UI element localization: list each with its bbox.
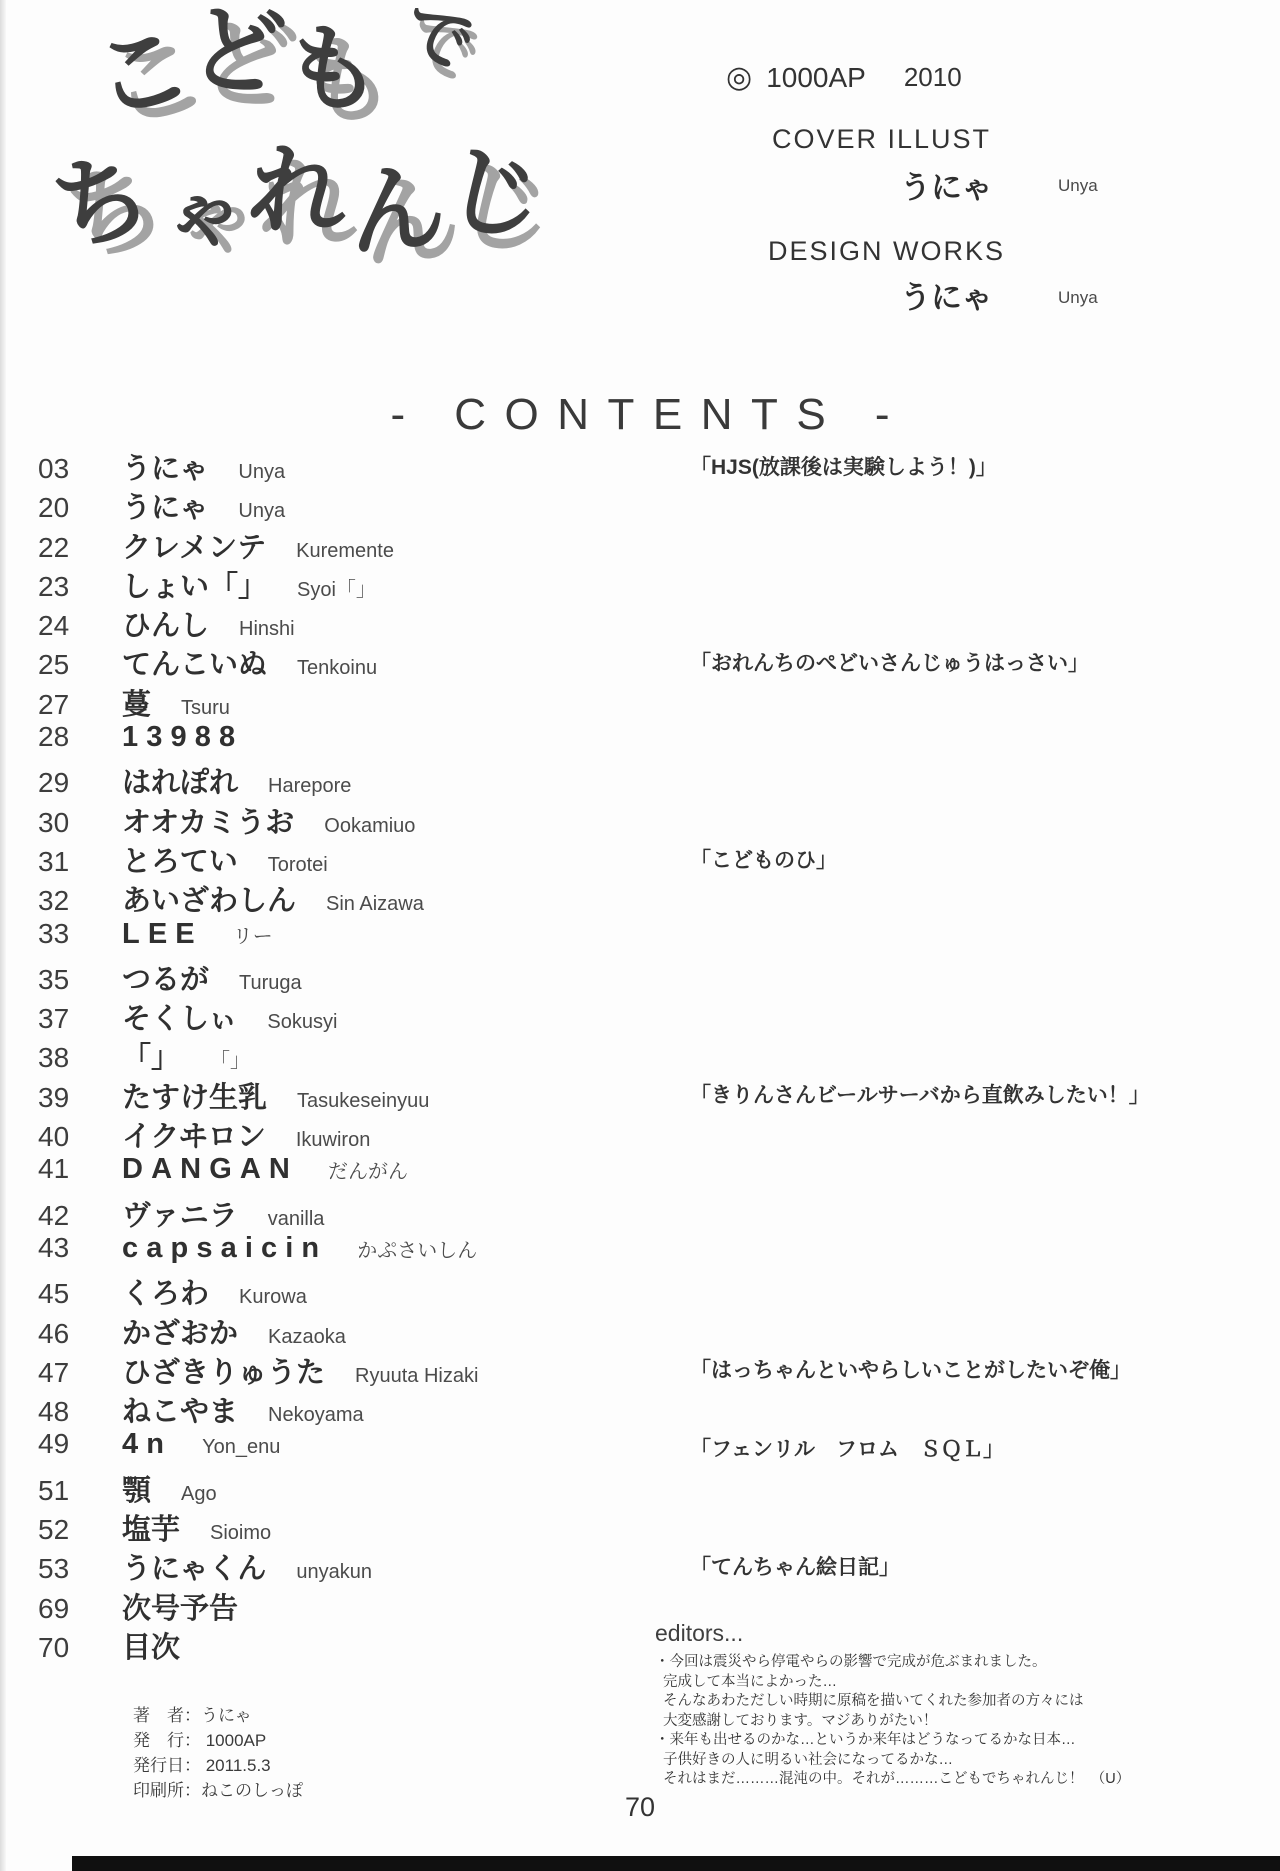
colophon-line: 発行日： 2011.5.3 (133, 1753, 303, 1778)
toc-page-number: 35 (38, 964, 102, 996)
toc-row: 32 あいざわしん Sin Aizawa (38, 878, 1280, 917)
page-number: 70 (0, 1792, 1280, 1823)
toc-work-title: 「こどものひ」 (690, 844, 837, 874)
toc-page-number: 45 (38, 1278, 102, 1310)
toc-author-romaji: Kuremente (296, 540, 394, 563)
editors-heading: editors... (655, 1620, 1255, 1647)
colophon-line: 著 者：うにゃ (133, 1703, 303, 1728)
toc-row: 30 オオカミうお Ookamiuo (38, 800, 1280, 839)
toc-author-name: そくしぃ (122, 996, 237, 1037)
toc-row: 31 とろてい Torotei 「こどものひ」 (38, 839, 1280, 878)
toc-author-romaji: Ryuuta Hizaki (355, 1365, 478, 1388)
toc-row: 41 DANGAN だんがん (38, 1153, 1280, 1192)
toc-page-number: 52 (38, 1514, 102, 1546)
toc-author-romaji: Hinshi (239, 618, 295, 641)
cover-illust-romaji: Unya (1058, 176, 1098, 196)
toc-author-name: オオカミうお (122, 800, 294, 841)
toc-author-name: かざおか (122, 1311, 238, 1352)
toc-row: 47 ひざきりゅうた Ryuuta Hizaki 「はっちゃんといやらしいことが… (38, 1350, 1280, 1389)
toc-author-romaji: リー (233, 920, 273, 949)
toc-row: 28 13988 (38, 721, 1280, 760)
cover-illust-name: うにゃ (900, 162, 992, 207)
colophon-line: 発 行： 1000AP (133, 1728, 303, 1753)
toc-page-number: 28 (38, 721, 102, 753)
cover-illust-label: COVER ILLUST (772, 124, 991, 155)
toc-author-romaji: Tenkoinu (297, 657, 377, 680)
design-works-name: うにゃ (900, 272, 992, 317)
toc-row: 49 4n Yon_enu 「フェンリル フロム ＳＱＬ」 (38, 1428, 1280, 1467)
toc-row: 25 てんこいぬ Tenkoinu 「おれんちのぺどいさんじゅうはっさい」 (38, 642, 1280, 681)
toc-page-number: 43 (38, 1232, 102, 1264)
toc-author-romaji: Syoi「」 (297, 573, 376, 602)
toc-page-number: 47 (38, 1357, 102, 1389)
toc-author-name: 蔓 (122, 682, 151, 723)
toc-row: 29 はれぽれ Harepore (38, 760, 1280, 799)
toc-author-name: クレメンテ (122, 525, 266, 566)
toc-author-name: たすけ生乳 (122, 1075, 267, 1116)
toc-author-name: 4n (122, 1428, 172, 1461)
design-works-romaji: Unya (1058, 288, 1098, 308)
toc-row: 03 うにゃ Unya 「HJS(放課後は実験しよう！)」 (38, 446, 1280, 485)
toc-row: 23 しょい「」 Syoi「」 (38, 564, 1280, 603)
toc-page-number: 33 (38, 918, 102, 950)
toc-row: 43 capsaicin かぷさいしん (38, 1232, 1280, 1271)
toc-author-name: ねこやま (122, 1389, 238, 1430)
toc-page-number: 37 (38, 1003, 102, 1035)
toc-row: 20 うにゃ Unya (38, 485, 1280, 524)
toc-author-romaji: Harepore (268, 775, 351, 798)
toc-page-number: 29 (38, 767, 102, 799)
toc-author-romaji: Tsuru (181, 697, 230, 720)
toc-work-title: 「フェンリル フロム ＳＱＬ」 (690, 1433, 1004, 1463)
toc-author-romaji: Tasukeseinyuu (297, 1090, 429, 1113)
design-works-label: DESIGN WORKS (768, 236, 1005, 267)
toc-author-romaji: Ago (181, 1483, 217, 1506)
contents-heading: - CONTENTS - (0, 390, 1280, 440)
toc-author-name: つるが (122, 957, 209, 998)
toc-row: 52 塩芋 Sioimo (38, 1507, 1280, 1546)
toc-author-name: 目次 (122, 1625, 180, 1666)
logo-line-1: こどもで (52, 6, 592, 126)
scan-edge-shadow (0, 0, 6, 1871)
toc-page-number: 70 (38, 1632, 102, 1664)
toc-row: 22 クレメンテ Kuremente (38, 525, 1280, 564)
toc-author-name: 13988 (122, 721, 243, 754)
toc-author-romaji: Sin Aizawa (326, 893, 424, 916)
toc-page-number: 20 (38, 492, 102, 524)
toc-page-number: 42 (38, 1200, 102, 1232)
editors-note: editors... ・今回は震災やら停電やらの影響で完成が危ぶまれました。 完… (655, 1620, 1255, 1790)
toc-list: 03 うにゃ Unya 「HJS(放課後は実験しよう！)」 20 うにゃ Uny… (38, 446, 1280, 1664)
toc-page-number: 03 (38, 453, 102, 485)
toc-page-number: 51 (38, 1475, 102, 1507)
toc-author-romaji: だんがん (328, 1155, 408, 1184)
toc-author-name: うにゃ (122, 485, 208, 526)
toc-row: 69 次号予告 (38, 1586, 1280, 1625)
toc-author-name: 顎 (122, 1468, 151, 1509)
toc-work-title: 「てんちゃん絵日記」 (690, 1551, 900, 1581)
toc-row: 48 ねこやま Nekoyama (38, 1389, 1280, 1428)
book-logo: こどもで ちゃれんじ (52, 6, 592, 260)
toc-author-romaji: Yon_enu (202, 1436, 280, 1459)
toc-row: 53 うにゃくん unyakun 「てんちゃん絵日記」 (38, 1546, 1280, 1585)
toc-row: 45 くろわ Kurowa (38, 1271, 1280, 1310)
toc-page-number: 32 (38, 885, 102, 917)
colophon: 著 者：うにゃ発 行： 1000AP発行日： 2011.5.3印刷所：ねこのしっ… (133, 1703, 303, 1803)
toc-author-romaji: unyakun (296, 1561, 372, 1584)
toc-author-name: うにゃ (122, 446, 208, 487)
editors-line: ・今回は震災やら停電やらの影響で完成が危ぶまれました。 (655, 1653, 1255, 1673)
toc-work-title: 「HJS(放課後は実験しよう！)」 (690, 451, 997, 481)
toc-row: 40 イクヰロン Ikuwiron (38, 1114, 1280, 1153)
toc-author-romaji: vanilla (268, 1208, 325, 1231)
toc-page-number: 23 (38, 571, 102, 603)
toc-row: 35 つるが Turuga (38, 957, 1280, 996)
toc-row: 37 そくしぃ Sokusyi (38, 996, 1280, 1035)
toc-author-name: 「」 (122, 1035, 180, 1076)
toc-author-name: とろてい (122, 839, 238, 880)
toc-author-name: LEE (122, 918, 203, 951)
toc-author-romaji: Ookamiuo (324, 815, 415, 838)
editors-line: 大変感謝しております。マジありがたい！ (655, 1712, 1255, 1732)
toc-author-romaji: Sokusyi (267, 1011, 337, 1034)
toc-author-name: ひんし (122, 603, 209, 644)
toc-row: 46 かざおか Kazaoka (38, 1311, 1280, 1350)
toc-page-number: 39 (38, 1082, 102, 1114)
toc-work-title: 「おれんちのぺどいさんじゅうはっさい」 (690, 647, 1089, 677)
toc-page-number: 46 (38, 1318, 102, 1350)
toc-author-romaji: Kurowa (239, 1286, 307, 1309)
toc-page-number: 40 (38, 1121, 102, 1153)
toc-work-title: 「きりんさんビールサーバから直飲みしたい！」 (690, 1079, 1150, 1109)
toc-author-romaji: Turuga (239, 972, 302, 995)
toc-row: 24 ひんし Hinshi (38, 603, 1280, 642)
toc-page-number: 30 (38, 807, 102, 839)
toc-author-name: イクヰロン (122, 1114, 266, 1155)
editors-line: 完成して本当によかった… (655, 1673, 1255, 1693)
toc-page-number: 48 (38, 1396, 102, 1428)
toc-author-name: てんこいぬ (122, 642, 267, 683)
toc-page-number: 22 (38, 532, 102, 564)
toc-author-romaji: Ikuwiron (296, 1129, 370, 1152)
toc-author-name: 塩芋 (122, 1507, 180, 1548)
toc-author-name: はれぽれ (122, 760, 238, 801)
toc-row: 51 顎 Ago (38, 1468, 1280, 1507)
toc-author-romaji: Torotei (268, 854, 328, 877)
toc-row: 38 「」 「」 (38, 1035, 1280, 1074)
bottom-scan-bar (72, 1856, 1280, 1871)
toc-author-name: DANGAN (122, 1153, 298, 1186)
toc-page-number: 41 (38, 1153, 102, 1185)
toc-page-number: 27 (38, 689, 102, 721)
editors-line: 子供好きの人に明るい社会になってるかな… (655, 1751, 1255, 1771)
logo-line-2: ちゃれんじ (52, 140, 592, 260)
toc-author-romaji: Unya (238, 461, 285, 484)
toc-page-number: 49 (38, 1428, 102, 1460)
toc-row: 27 蔓 Tsuru (38, 682, 1280, 721)
toc-work-title: 「はっちゃんといやらしいことがしたいぞ俺」 (690, 1354, 1131, 1384)
toc-author-name: 次号予告 (122, 1586, 238, 1627)
toc-author-name: capsaicin (122, 1232, 327, 1265)
toc-page-number: 53 (38, 1553, 102, 1585)
editors-line: そんなあわただしい時期に原稿を描いてくれた参加者の方々には (655, 1692, 1255, 1712)
toc-row: 33 LEE リー (38, 918, 1280, 957)
toc-author-romaji: かぷさいしん (357, 1234, 477, 1263)
publication-year: 2010 (904, 62, 962, 93)
toc-author-name: くろわ (122, 1271, 209, 1312)
editors-line: ・来年も出せるのかな…というか来年はどうなってるかな日本… (655, 1731, 1255, 1751)
toc-author-name: うにゃくん (122, 1546, 266, 1587)
toc-author-name: ヴァニラ (122, 1193, 238, 1234)
toc-author-romaji: Nekoyama (268, 1404, 364, 1427)
toc-page-number: 24 (38, 610, 102, 642)
toc-author-name: しょい「」 (122, 564, 267, 605)
toc-page-number: 38 (38, 1042, 102, 1074)
copyright-row: ◎ 1000AP 2010 (726, 60, 962, 95)
toc-row: 42 ヴァニラ vanilla (38, 1193, 1280, 1232)
toc-author-name: あいざわしん (122, 878, 296, 919)
toc-author-romaji: Unya (238, 500, 285, 523)
publisher-name: 1000AP (766, 62, 866, 94)
toc-author-romaji: 「」 (210, 1044, 250, 1073)
toc-page-number: 31 (38, 846, 102, 878)
toc-page-number: 25 (38, 649, 102, 681)
toc-author-name: ひざきりゅうた (122, 1350, 325, 1391)
toc-row: 39 たすけ生乳 Tasukeseinyuu 「きりんさんビールサーバから直飲み… (38, 1075, 1280, 1114)
editors-lines: ・今回は震災やら停電やらの影響で完成が危ぶまれました。 完成して本当によかった…… (655, 1653, 1255, 1790)
editors-line: それはまだ………混沌の中。それが………こどもでちゃれんじ！ （U） (655, 1770, 1255, 1790)
toc-author-romaji: Kazaoka (268, 1326, 346, 1349)
double-circle-icon: ◎ (726, 60, 752, 95)
toc-author-romaji: Sioimo (210, 1522, 271, 1545)
toc-page-number: 69 (38, 1593, 102, 1625)
